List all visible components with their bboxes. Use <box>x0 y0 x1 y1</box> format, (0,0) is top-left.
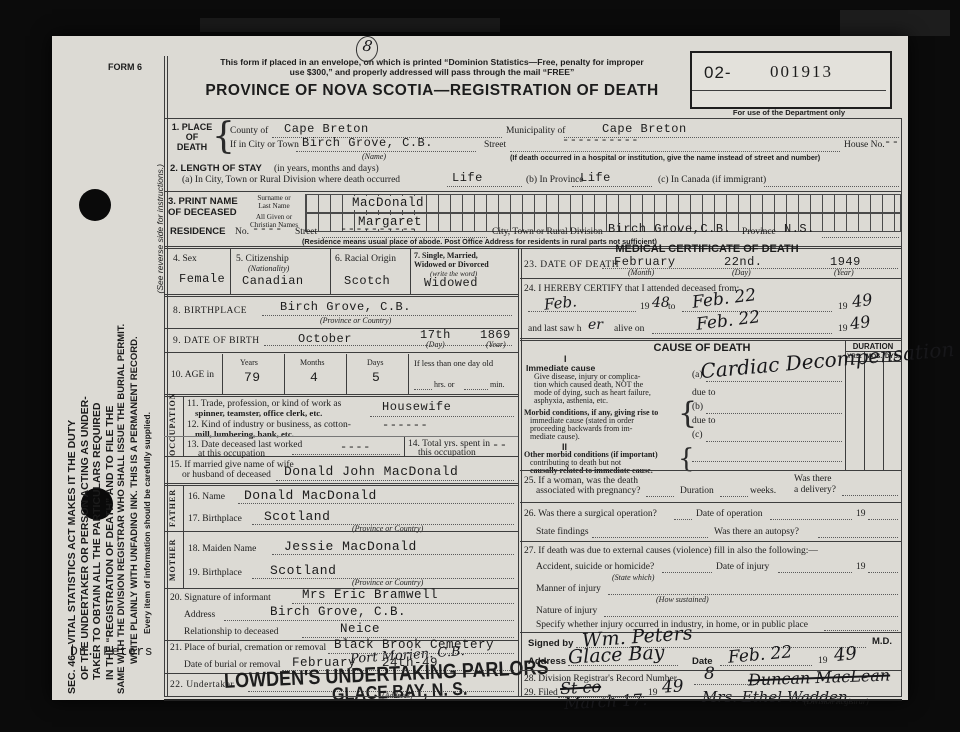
filed-year-hw: 49 <box>661 676 684 697</box>
physician-address-label: Address <box>528 656 566 667</box>
pregnancy-duration-label: Duration <box>680 486 714 496</box>
sex-label: 4. Sex <box>173 254 197 264</box>
how-sustained-note: (How sustained) <box>656 595 709 604</box>
given-label-1: All Given or <box>246 213 302 221</box>
birthplace-note: (Province or Country) <box>320 316 391 325</box>
mother-name-value: Jessie MacDonald <box>284 539 417 554</box>
morbid-text-4: mediate cause). <box>530 432 580 441</box>
stay-b-label: (b) In Province <box>526 175 584 185</box>
residence-no-value: ---- <box>252 222 283 236</box>
marital-value: Widowed <box>424 276 478 290</box>
city-town-label: If in City or Town <box>230 140 299 150</box>
mother-name-label: 18. Maiden Name <box>188 544 256 554</box>
attended-to-pre: 19 <box>838 302 848 312</box>
mother-birthplace-value: Scotland <box>270 563 336 578</box>
morbid-brace: { <box>678 396 697 431</box>
print-name-label: 3. PRINT NAME OF DECEASED <box>168 196 238 218</box>
age-years-label: Years <box>240 358 258 367</box>
stay-a-value: Life <box>452 171 483 185</box>
dob-label: 9. DATE OF BIRTH <box>173 336 260 346</box>
statute-line: OF THE UNDERTAKER OR PERSON ACTING AS UN… <box>79 104 92 694</box>
father-side-label: FATHER <box>168 486 177 530</box>
scan-artifact <box>840 10 950 36</box>
registration-number: 001913 <box>770 62 833 82</box>
accident-label: Accident, suicide or homicide? <box>536 562 654 572</box>
delivery-label-1: Was there <box>794 474 831 484</box>
certificate-paper: SEC. 46—VITAL STATISTICS ACT MAKES IT TH… <box>52 36 908 700</box>
last-saw-label-2: alive on <box>614 324 644 334</box>
operation-date-label: Date of operation <box>696 509 762 519</box>
date-of-death-day-note: (Day) <box>732 268 751 277</box>
father-name-label: 16. Name <box>188 492 225 502</box>
age-days-value: 5 <box>372 370 380 385</box>
statute-line: IN THE “REGISTRATION OF DEATH” AND TO FI… <box>104 104 117 694</box>
date-of-death-month-note: (Month) <box>628 268 654 277</box>
form-right-border <box>901 118 902 696</box>
age-hrs-label: hrs. or <box>434 380 454 389</box>
residence-street-value: ---------- <box>340 222 417 236</box>
autopsy-label: Was there an autopsy? <box>714 527 799 537</box>
mother-birthplace-note: (Province or Country) <box>352 578 423 587</box>
age-months-label: Months <box>300 358 324 367</box>
place-brace: { <box>212 116 235 157</box>
cause-c-label: (c) <box>692 430 703 440</box>
burial-place-label: 21. Place of burial, cremation or remova… <box>170 643 326 653</box>
place-label-2: OF <box>170 132 214 142</box>
pregnancy-weeks-label: weeks. <box>750 486 776 496</box>
statute-line: WRITE PLAINLY WITH UNFADING INK. THIS IS… <box>129 104 142 694</box>
last-saw-label-1: and last saw h <box>528 324 582 334</box>
informant-address-label: Address <box>184 610 215 620</box>
informant-relationship-label: Relationship to deceased <box>184 627 278 637</box>
medical-certificate-title: MEDICAL CERTIFICATE OF DEATH <box>542 243 872 255</box>
supplied-note: Every item of information should be care… <box>141 104 154 694</box>
scanned-death-certificate: SEC. 46—VITAL STATISTICS ACT MAKES IT TH… <box>0 0 960 732</box>
immediate-text-4: asphyxia, asthenia, etc. <box>534 396 608 405</box>
manner-label: Manner of injury <box>536 584 601 594</box>
residence-city-label: City, Town or Rural Division <box>492 227 603 237</box>
md-label: M.D. <box>872 636 892 647</box>
pregnancy-label-2: associated with pregnancy? <box>536 486 640 496</box>
last-worked-value: ---- <box>340 440 371 454</box>
age-less-note: If less than one day old <box>414 358 493 368</box>
sex-value: Female <box>179 272 225 286</box>
mailing-notice-line2: use $300,” and properly addressed will p… <box>192 67 672 77</box>
surname-label-1: Surname or <box>248 194 300 202</box>
age-months-value: 4 <box>310 370 318 385</box>
street-note: (If death occurred in a hospital or inst… <box>510 153 820 162</box>
page-title: PROVINCE OF NOVA SCOTIA—REGISTRATION OF … <box>182 82 682 100</box>
injury-19: 19 <box>856 562 866 572</box>
external-causes-label: 27. If death was due to external causes … <box>524 546 818 556</box>
residence-street-label: Street <box>295 227 317 237</box>
residence-province-label: Province <box>742 227 776 237</box>
pregnancy-label-1: 25. If a woman, was the death <box>524 476 638 486</box>
citizenship-value: Canadian <box>242 274 304 288</box>
registration-number-box: 02- 001913 <box>690 51 892 109</box>
place-label-1: 1. PLACE <box>170 122 214 132</box>
citizenship-label: 5. Citizenship <box>236 254 289 264</box>
stay-c-label: (c) In Canada (if immigrant) <box>658 175 766 185</box>
findings-label: State findings <box>536 527 589 537</box>
print-name-label-1: 3. PRINT NAME <box>168 196 238 207</box>
length-of-stay-sub: (in years, months and days) <box>274 164 379 174</box>
city-town-value: Birch Grove, C.B. <box>302 136 433 150</box>
place-label-3: DEATH <box>170 142 214 152</box>
registration-caption: For use of the Department only <box>690 108 888 117</box>
informant-address-value: Birch Grove, C.B. <box>270 605 406 619</box>
registrar-crossed-name-hw: Duncan MacLean <box>748 666 891 690</box>
city-name-note: (Name) <box>362 152 386 161</box>
margin-doctor-annotation: Dr. Peters <box>70 644 153 659</box>
father-name-value: Donald MacDonald <box>244 488 377 503</box>
attended-to-year-hw: 49 <box>851 290 874 312</box>
statute-line: TAKER TO OBTAIN ALL THE PARTICULARS REQU… <box>91 104 104 694</box>
birthplace-label: 8. BIRTHPLACE <box>173 306 247 316</box>
industry-value: ------ <box>382 418 428 432</box>
date-of-death-year-note: (Year) <box>834 268 854 277</box>
house-no-label: House No. <box>844 140 885 150</box>
informant-name-value: Mrs Eric Bramwell <box>302 588 438 602</box>
racial-origin-label: 6. Racial Origin <box>335 254 396 264</box>
stay-a-label: (a) In City, Town or Rural Division wher… <box>182 175 400 185</box>
age-label: 10. AGE in <box>171 370 214 380</box>
record-number-hw: 8 <box>704 664 715 684</box>
marital-label-1: 7. Single, Married, <box>414 251 478 260</box>
trade-value: Housewife <box>382 400 451 414</box>
registration-prefix: 02- <box>704 63 732 83</box>
marital-label-2: Widowed or Divorced <box>414 260 489 269</box>
county-label: County of <box>230 126 268 136</box>
last-saw-pronoun-hw: er <box>588 317 603 333</box>
total-yrs-value: -- <box>492 438 507 452</box>
operation-label: 26. Was there a surgical operation? <box>524 509 657 519</box>
age-days-label: Days <box>367 358 383 367</box>
nature-label: Nature of injury <box>536 606 597 616</box>
last-saw-year-hw: 49 <box>849 312 872 334</box>
informant-label: 20. Signature of informant <box>170 593 271 603</box>
injury-date-label: Date of injury <box>716 562 769 572</box>
spouse-label-1: 15. If married give name of wife <box>170 460 294 470</box>
column-divider <box>518 248 522 696</box>
place-of-death-label: 1. PLACE OF DEATH <box>170 122 214 152</box>
mailing-notice-line1: This form if placed in an envelope, on w… <box>192 57 672 67</box>
attended-from-pre: 19 <box>640 302 650 312</box>
length-of-stay-label: 2. LENGTH OF STAY <box>170 163 262 174</box>
last-saw-pre: 19 <box>838 324 848 334</box>
county-value: Cape Breton <box>284 122 369 136</box>
father-birthplace-label: 17. Birthplace <box>188 514 242 524</box>
age-years-value: 79 <box>244 370 261 385</box>
spouse-label-2: or husband of deceased <box>182 470 271 480</box>
state-which-note: (State which) <box>612 573 654 582</box>
house-no-value: -- <box>884 135 899 149</box>
last-worked-label-2: at this occupation <box>198 449 265 459</box>
informant-relationship-value: Neice <box>340 622 380 636</box>
filed-date-hw: March 17. <box>564 690 648 713</box>
print-name-label-2: OF DECEASED <box>168 207 238 218</box>
father-birthplace-value: Scotland <box>264 509 330 524</box>
scan-artifact <box>200 18 500 32</box>
sign-date-year-hw: 49 <box>833 643 858 666</box>
margin-statute-text: SEC. 46—VITAL STATISTICS ACT MAKES IT TH… <box>66 104 166 694</box>
statute-line: SAME WITH THE DIVISION REGISTRAR WHO SHA… <box>116 104 129 694</box>
racial-origin-value: Scotch <box>344 274 390 288</box>
attended-to-label: to <box>668 302 675 312</box>
spouse-value: Donald John MacDonald <box>284 464 458 479</box>
street-label: Street <box>484 140 506 150</box>
operation-19: 19 <box>856 509 866 519</box>
statute-line: SEC. 46—VITAL STATISTICS ACT MAKES IT TH… <box>66 104 79 694</box>
mother-birthplace-label: 19. Birthplace <box>188 568 242 578</box>
residence-label: RESIDENCE <box>170 226 225 237</box>
form-number: FORM 6 <box>108 62 142 72</box>
citizenship-sub: (Nationality) <box>248 264 289 273</box>
residence-province-value: N.S. <box>784 222 815 236</box>
trade-label-2: spinner, teamster, office clerk, etc. <box>195 408 322 418</box>
residence-city-value: Birch Grove,C.B. <box>608 222 731 236</box>
surname-value: MacDonald <box>352 196 424 210</box>
form-left-border <box>164 56 168 696</box>
industry-label-2: mill, lumbering, bank, etc. <box>195 429 294 439</box>
mother-side-label: MOTHER <box>168 534 177 586</box>
surname-label: Surname or Last Name <box>248 194 300 210</box>
sign-date-pre: 19 <box>818 656 828 666</box>
birthplace-value: Birch Grove, C.B. <box>280 300 411 314</box>
undertaker-stamp-line2: GLACE BAY, N. S. <box>332 680 468 707</box>
surname-label-2: Last Name <box>248 202 300 210</box>
delivery-label-2: a delivery? <box>794 485 836 495</box>
municipality-label: Municipality of <box>506 126 565 136</box>
age-min-label: min. <box>490 380 504 389</box>
stay-b-value: Life <box>580 171 611 185</box>
street-value: ---------- <box>562 133 639 147</box>
occupation-side-label: OCCUPATION <box>168 398 177 456</box>
residence-no-label: No. <box>235 227 249 237</box>
